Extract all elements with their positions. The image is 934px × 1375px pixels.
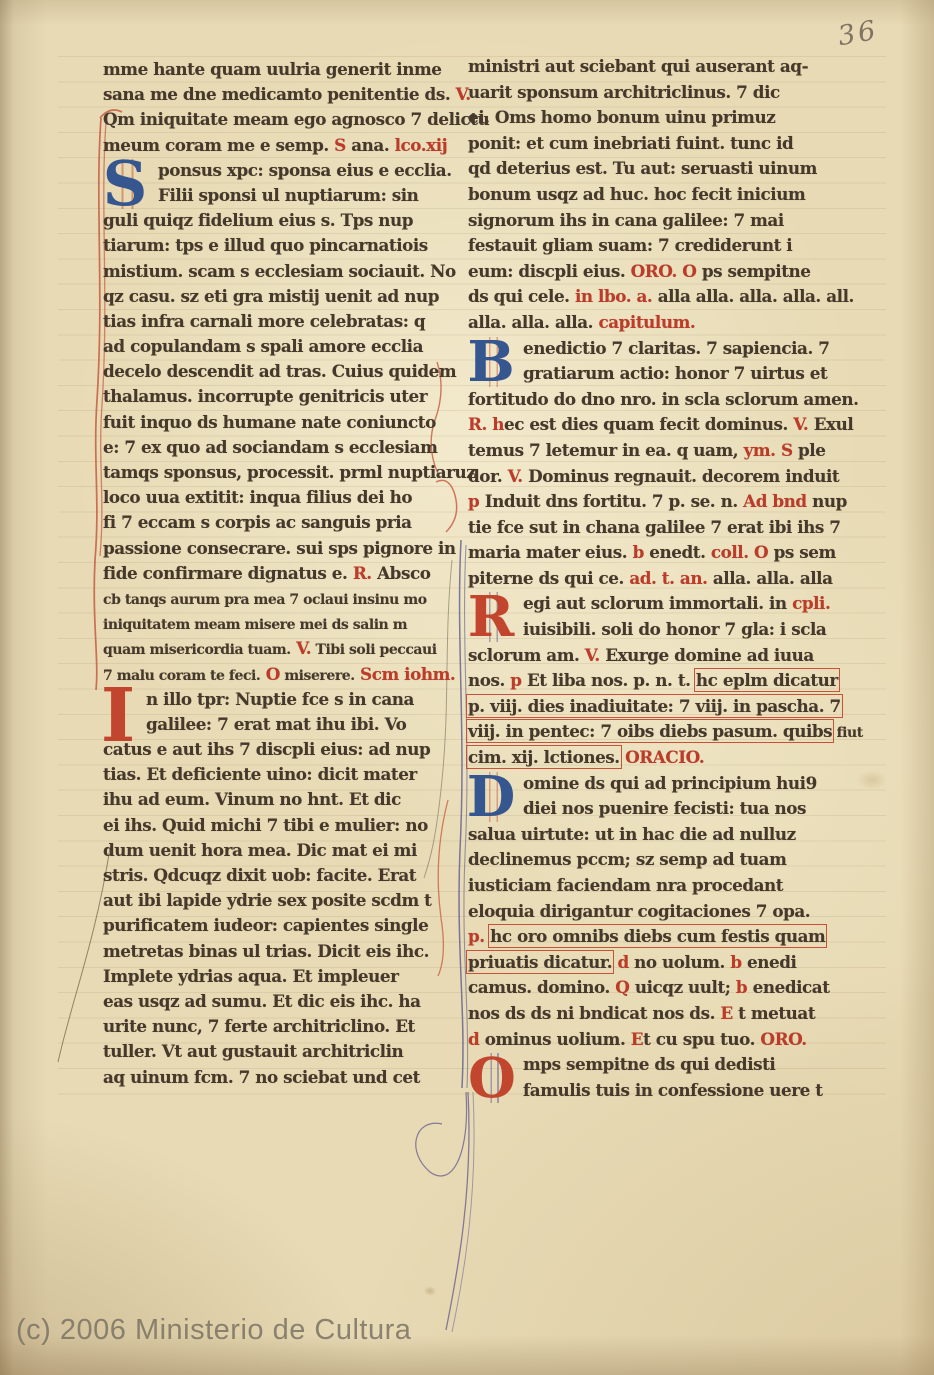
manuscript-line: Qm iniquitate meam ego agnosco 7 delictu xyxy=(103,107,455,132)
text-run: uarit sponsum architriclinus. 7 dic xyxy=(468,82,780,102)
manuscript-line: maria mater eius. b enedt. coll. O ps se… xyxy=(468,540,820,566)
text-run: qz casu. sz eti gra mistij uenit ad nup xyxy=(103,286,439,306)
text-run: Qm iniquitate meam ego agnosco 7 delictu xyxy=(103,109,489,129)
descender-tail xyxy=(446,1092,469,1330)
text-run: tie fce sut in chana galilee 7 erat ibi … xyxy=(468,517,841,537)
manuscript-line: galilee: 7 erat mat ihu ibi. Vo xyxy=(103,712,455,737)
manuscript-line: tias infra carnali more celebratas: q xyxy=(103,309,455,334)
manuscript-line: passione consecrare. sui sps pignore in xyxy=(103,536,455,561)
manuscript-line: tiarum: tps e illud quo pincarnatiois xyxy=(103,233,455,258)
text-run: aq uinum fcm. 7 no sciebat und cet xyxy=(103,1067,420,1087)
text-run: Filii sponsi ul nuptiarum: sin xyxy=(158,185,418,205)
manuscript-line: piterne ds qui ce. ad. t. an. alla. alla… xyxy=(468,566,820,592)
text-run: galilee: 7 erat mat ihu ibi. Vo xyxy=(146,714,406,734)
text-run: ps sempitne xyxy=(696,261,810,281)
text-run: iusticiam faciendam nra procedant xyxy=(468,875,783,895)
text-run: S xyxy=(329,135,346,155)
text-run: bonum usqz ad huc. hoc fecit inicium xyxy=(468,184,805,204)
manuscript-line: priuatis dicatur. d no uolum. b enedi xyxy=(468,950,820,976)
text-run: b xyxy=(627,542,644,562)
manuscript-line: dor. V. Dominus regnauit. decorem induit xyxy=(468,464,820,490)
manuscript-line: guli quiqz fidelium eius s. Tps nup xyxy=(103,208,455,233)
text-run: fuit inquo ds humane nate coniuncto xyxy=(103,412,436,432)
text-run: famulis tuis in confessione uere t xyxy=(523,1080,823,1100)
text-run: R. h xyxy=(468,414,504,434)
manuscript-line: tamqs sponsus, processit. prml nuptiaruz xyxy=(103,460,455,485)
text-run: priuatis dicatur. xyxy=(468,952,612,972)
text-run: camus. domino. xyxy=(468,977,610,997)
manuscript-line: p. viij. dies inadiuitate: 7 viij. in pa… xyxy=(468,694,820,720)
illuminated-initial-o: O xyxy=(466,1053,518,1103)
manuscript-line: iusticiam faciendam nra procedant xyxy=(468,873,820,899)
text-run: Tibi soli peccaui xyxy=(311,642,437,658)
text-run: metretas binas ul trias. Dicit eis ihc. xyxy=(103,941,429,961)
text-run: ei ihs. Quid michi 7 tibi e mulier: no xyxy=(103,815,428,835)
text-run: fortitudo do dno nro. in scla sclorum am… xyxy=(468,389,859,409)
text-run: ihu ad eum. Vinum no hnt. Et dic xyxy=(103,789,401,809)
text-column-left: mme hante quam uulria generit inmesana m… xyxy=(103,57,455,1090)
text-run: Implete ydrias aqua. Et impleuer xyxy=(103,966,399,986)
text-run: stris. Qdcuqz dixit uob: facite. Erat xyxy=(103,865,416,885)
manuscript-line: nos ds ds ni bndicat nos ds. E t metuat xyxy=(468,1001,820,1027)
manuscript-line: ministri aut sciebant qui auserant aq- xyxy=(468,54,820,80)
manuscript-line: bonum usqz ad huc. hoc fecit inicium xyxy=(468,182,820,208)
text-run: p. xyxy=(468,926,490,946)
text-run: V. xyxy=(291,638,311,658)
text-run: p xyxy=(505,670,522,690)
manuscript-line: fide confirmare dignatus e. R. Absco xyxy=(103,561,455,586)
manuscript-line: iuisibili. soli do honor 7 gla: i scla xyxy=(468,617,820,643)
text-run: ym. S xyxy=(738,440,792,460)
manuscript-line: Implete ydrias aqua. Et impleuer xyxy=(103,964,455,989)
text-run: ei. Oms homo bonum uinu primuz xyxy=(468,107,775,127)
text-run: ds qui cele. xyxy=(468,286,570,306)
text-run: uicqz uult; xyxy=(629,977,730,997)
text-run: ps sem xyxy=(768,542,836,562)
text-run: lco.xij xyxy=(389,135,447,155)
text-run: nos ds ds ni bndicat nos ds. xyxy=(468,1003,715,1023)
manuscript-line: stris. Qdcuqz dixit uob: facite. Erat xyxy=(103,863,455,888)
text-run: Exurge domine ad iuua xyxy=(600,645,814,665)
text-run: p. viij. dies inadiuitate: 7 viij. in pa… xyxy=(468,696,841,716)
text-run: gratiarum actio: honor 7 uirtus et xyxy=(523,363,827,383)
text-run: ad copulandam s spali amore ecclia xyxy=(103,336,423,356)
manuscript-line: aut ibi lapide ydrie sex posite scdm t xyxy=(103,888,455,913)
text-run: t metuat xyxy=(733,1003,815,1023)
text-run: miserere. xyxy=(280,668,355,684)
text-run: Induit dns fortitu. 7 p. se. n. xyxy=(485,491,738,511)
text-run: ORO. xyxy=(755,1029,807,1049)
manuscript-line: cb tanqs aurum pra mea 7 oclaui insinu m… xyxy=(103,586,455,611)
manuscript-line: ponit: et cum inebriati fuint. tunc id xyxy=(468,131,820,157)
text-run: egi aut sclorum immortali. in xyxy=(523,593,787,613)
text-run: ana. xyxy=(346,135,389,155)
text-run: e: 7 ex quo ad sociandam s ecclesiam xyxy=(103,437,437,457)
text-run: mme hante quam uulria generit inme xyxy=(103,59,442,79)
text-run: eas usqz ad sumu. Et dic eis ihc. ha xyxy=(103,991,421,1011)
text-run: enedi xyxy=(742,952,797,972)
manuscript-line: mps sempitne ds qui dedisti xyxy=(468,1052,820,1078)
illuminated-initial-d: D xyxy=(464,772,518,822)
text-run: aut ibi lapide ydrie sex posite scdm t xyxy=(103,890,431,910)
manuscript-line: 7 malu coram te feci. O miserere. Scm io… xyxy=(103,662,455,687)
text-run: ponsus xpc: sponsa eius e ecclia. xyxy=(158,160,452,180)
text-run: hc oro omnibs diebs cum festis quam xyxy=(490,926,825,946)
text-run: Exul xyxy=(808,414,853,434)
text-run: ORACIO. xyxy=(620,747,705,767)
manuscript-line: quam misericordia tuam. V. Tibi soli pec… xyxy=(103,636,455,661)
manuscript-line: meum coram me e semp. S ana. lco.xij xyxy=(103,133,455,158)
manuscript-line: signorum ihs in cana galilee: 7 mai xyxy=(468,208,820,234)
text-run: V. xyxy=(579,645,599,665)
manuscript-line: uarit sponsum architriclinus. 7 dic xyxy=(468,80,820,106)
manuscript-line: declinemus pccm; sz semp ad tuam xyxy=(468,847,820,873)
text-run: sana me dne medicamto penitentie ds. xyxy=(103,84,450,104)
folio-number: 36 xyxy=(835,15,880,53)
text-run: in lbo. a. xyxy=(570,286,653,306)
manuscript-line: famulis tuis in confessione uere t xyxy=(468,1078,820,1104)
manuscript-line: R. hec est dies quam fecit dominus. V. E… xyxy=(468,412,820,438)
text-run: maria mater eius. xyxy=(468,542,627,562)
text-run: enedictio 7 claritas. 7 sapiencia. 7 xyxy=(523,338,829,358)
text-run: thalamus. incorrupte genitricis uter xyxy=(103,386,427,406)
manuscript-line: qz casu. sz eti gra mistij uenit ad nup xyxy=(103,284,455,309)
text-run: Ad bnd xyxy=(738,491,807,511)
manuscript-line: metretas binas ul trias. Dicit eis ihc. xyxy=(103,939,455,964)
illuminated-initial-s: S xyxy=(97,159,153,209)
text-run: fiut xyxy=(832,725,863,741)
text-run: coll. O xyxy=(705,542,768,562)
text-run: viij. in pentec: 7 oibs diebs pasum. qui… xyxy=(468,721,832,741)
illuminated-initial-r: R xyxy=(464,592,518,642)
illuminated-initial-b: B xyxy=(464,337,518,387)
text-run: passione consecrare. sui sps pignore in xyxy=(103,538,456,558)
text-run: ec est dies quam fecit dominus. xyxy=(504,414,788,434)
manuscript-line: sana me dne medicamto penitentie ds. V. xyxy=(103,82,455,107)
manuscript-line: egi aut sclorum immortali. in cpli. xyxy=(468,591,820,617)
manuscript-line: fuit inquo ds humane nate coniuncto xyxy=(103,410,455,435)
manuscript-line: cim. xij. lctiones. ORACIO. xyxy=(468,745,820,771)
text-run: t cu spu tuo. xyxy=(643,1029,755,1049)
text-run: ponit: et cum inebriati fuint. tunc id xyxy=(468,133,793,153)
text-run: decelo descendit ad tras. Cuius quidem xyxy=(103,361,456,381)
text-run: omine ds qui ad principium hui9 xyxy=(523,773,817,793)
text-run: Et liba nos. p. n. t. xyxy=(522,670,696,690)
manuscript-line: qd deterius est. Tu aut: seruasti uinum xyxy=(468,156,820,182)
text-run: eloquia dirigantur cogitaciones 7 opa. xyxy=(468,901,810,921)
text-run: temus 7 letemur in ea. q uam, xyxy=(468,440,738,460)
text-run: b xyxy=(731,977,748,997)
manuscript-line: ad copulandam s spali amore ecclia xyxy=(103,334,455,359)
text-run: enedicat xyxy=(747,977,829,997)
text-run: cpli. xyxy=(787,593,831,613)
manuscript-line: ihu ad eum. Vinum no hnt. Et dic xyxy=(103,787,455,812)
text-run: dum uenit hora mea. Dic mat ei mi xyxy=(103,840,417,860)
manuscript-line: tias. Et deficiente uino: dicit mater xyxy=(103,762,455,787)
text-run: ple xyxy=(793,440,826,460)
text-run: alla. alla. alla xyxy=(707,568,832,588)
manuscript-line: sclorum am. V. Exurge domine ad iuua xyxy=(468,643,820,669)
text-run: signorum ihs in cana galilee: 7 mai xyxy=(468,210,784,230)
text-run: qd deterius est. Tu aut: seruasti uinum xyxy=(468,158,817,178)
text-run: tamqs sponsus, processit. prml nuptiaruz xyxy=(103,462,475,482)
text-run: tias. Et deficiente uino: dicit mater xyxy=(103,764,417,784)
text-run: ministri aut sciebant qui auserant aq- xyxy=(468,56,808,76)
descender-loop xyxy=(416,1092,467,1176)
copyright-watermark: (c) 2006 Ministerio de Cultura xyxy=(16,1314,411,1347)
text-run: nup xyxy=(807,491,847,511)
illuminated-initial-i: I xyxy=(95,688,141,738)
text-run: catus e aut ihs 7 discpli eius: ad nup xyxy=(103,739,430,759)
manuscript-line: nos. p Et liba nos. p. n. t. hc eplm dic… xyxy=(468,668,820,694)
text-run: d xyxy=(612,952,629,972)
manuscript-line: viij. in pentec: 7 oibs diebs pasum. qui… xyxy=(468,719,820,745)
text-run: alla alla. alla. alla. all. xyxy=(652,286,854,306)
text-run: Q xyxy=(610,977,630,997)
text-run: urite nunc, 7 ferte architriclino. Et xyxy=(103,1016,415,1036)
manuscript-line: omine ds qui ad principium hui9 xyxy=(468,771,820,797)
text-run: V. xyxy=(502,466,522,486)
manuscript-line: p. hc oro omnibs diebs cum festis quam xyxy=(468,924,820,950)
manuscript-line: diei nos puenire fecisti: tua nos xyxy=(468,796,820,822)
text-run: cb tanqs aurum pra mea 7 oclaui insinu m… xyxy=(103,592,427,608)
text-run: E xyxy=(715,1003,733,1023)
manuscript-line: ei ihs. Quid michi 7 tibi e mulier: no xyxy=(103,813,455,838)
text-run: salua uirtute: ut in hac die ad nulluz xyxy=(468,824,796,844)
text-run: fide confirmare dignatus e. xyxy=(103,563,347,583)
text-run: E xyxy=(625,1029,643,1049)
text-run: guli quiqz fidelium eius s. Tps nup xyxy=(103,210,413,230)
text-run: enedt. xyxy=(644,542,706,562)
text-run: tias infra carnali more celebratas: q xyxy=(103,311,425,331)
text-run: R. xyxy=(347,563,371,583)
text-run: Dominus regnauit. decorem induit xyxy=(523,466,839,486)
text-run: ad. t. an. xyxy=(624,568,708,588)
text-run: fi 7 eccam s corpis ac sanguis pria xyxy=(103,512,412,532)
manuscript-line: decelo descendit ad tras. Cuius quidem xyxy=(103,359,455,384)
text-run: ORO. O xyxy=(625,261,696,281)
text-column-right: ministri aut sciebant qui auserant aq-ua… xyxy=(468,54,820,1103)
manuscript-page: 36 mme hante quam uulria generit inmesan… xyxy=(0,0,934,1375)
text-run: diei nos puenire fecisti: tua nos xyxy=(523,798,806,818)
manuscript-line: eum: discpli eius. ORO. O ps sempitne xyxy=(468,259,820,285)
text-run: tuller. Vt aut gustauit architriclin xyxy=(103,1041,403,1061)
manuscript-line: thalamus. incorrupte genitricis uter xyxy=(103,384,455,409)
text-run: n illo tpr: Nuptie fce s in cana xyxy=(146,689,414,709)
text-run: O xyxy=(260,664,280,684)
manuscript-line: loco uua extitit: inqua filius dei ho xyxy=(103,485,455,510)
text-run: Scm iohm. xyxy=(355,664,456,684)
text-run: no uolum. xyxy=(629,952,725,972)
manuscript-line: ponsus xpc: sponsa eius e ecclia. xyxy=(103,158,455,183)
manuscript-line: eloquia dirigantur cogitaciones 7 opa. xyxy=(468,899,820,925)
manuscript-line: e: 7 ex quo ad sociandam s ecclesiam xyxy=(103,435,455,460)
text-run: loco uua extitit: inqua filius dei ho xyxy=(103,487,412,507)
manuscript-line: salua uirtute: ut in hac die ad nulluz xyxy=(468,822,820,848)
manuscript-line: gratiarum actio: honor 7 uirtus et xyxy=(468,361,820,387)
manuscript-line: p Induit dns fortitu. 7 p. se. n. Ad bnd… xyxy=(468,489,820,515)
manuscript-line: iniquitatem meam misere mei ds salin m xyxy=(103,611,455,636)
manuscript-line: tie fce sut in chana galilee 7 erat ibi … xyxy=(468,515,820,541)
text-run: dor. xyxy=(468,466,502,486)
text-run: tiarum: tps e illud quo pincarnatiois xyxy=(103,235,428,255)
manuscript-line: urite nunc, 7 ferte architriclino. Et xyxy=(103,1014,455,1039)
manuscript-line: mme hante quam uulria generit inme xyxy=(103,57,455,82)
text-run: V. xyxy=(788,414,808,434)
manuscript-line: catus e aut ihs 7 discpli eius: ad nup xyxy=(103,737,455,762)
manuscript-line: eas usqz ad sumu. Et dic eis ihc. ha xyxy=(103,989,455,1014)
manuscript-line: temus 7 letemur in ea. q uam, ym. S ple xyxy=(468,438,820,464)
text-run: mistium. scam s ecclesiam sociauit. No xyxy=(103,261,456,281)
manuscript-line: purificatem iudeor: capientes single xyxy=(103,913,455,938)
text-run: p xyxy=(468,491,485,511)
gutter-flourish-blue xyxy=(459,540,463,1088)
manuscript-line: tuller. Vt aut gustauit architriclin xyxy=(103,1039,455,1064)
text-run: Absco xyxy=(372,563,431,583)
text-run: iuisibili. soli do honor 7 gla: i scla xyxy=(523,619,826,639)
manuscript-line: d ominus uolium. Et cu spu tuo. ORO. xyxy=(468,1027,820,1053)
manuscript-line: festauit gliam suam: 7 crediderunt i xyxy=(468,233,820,259)
text-run: iniquitatem meam misere mei ds salin m xyxy=(103,617,407,633)
manuscript-line: alla. alla. alla. capitulum. xyxy=(468,310,820,336)
text-run: declinemus pccm; sz semp ad tuam xyxy=(468,849,786,869)
text-run: festauit gliam suam: 7 crediderunt i xyxy=(468,235,792,255)
text-run: mps sempitne ds qui dedisti xyxy=(523,1054,775,1074)
manuscript-line: ei. Oms homo bonum uinu primuz xyxy=(468,105,820,131)
manuscript-line: fi 7 eccam s corpis ac sanguis pria xyxy=(103,510,455,535)
manuscript-line: camus. domino. Q uicqz uult; b enedicat xyxy=(468,975,820,1001)
manuscript-line: dum uenit hora mea. Dic mat ei mi xyxy=(103,838,455,863)
manuscript-line: fortitudo do dno nro. in scla sclorum am… xyxy=(468,387,820,413)
text-run: quam misericordia tuam. xyxy=(103,642,291,658)
text-run: purificatem iudeor: capientes single xyxy=(103,915,428,935)
text-run: nos. xyxy=(468,670,505,690)
text-run: capitulum. xyxy=(593,312,695,332)
descender-tail-2 xyxy=(452,1092,474,1332)
manuscript-line: Filii sponsi ul nuptiarum: sin xyxy=(103,183,455,208)
manuscript-line: aq uinum fcm. 7 no sciebat und cet xyxy=(103,1065,455,1090)
manuscript-line: n illo tpr: Nuptie fce s in cana xyxy=(103,687,455,712)
manuscript-line: mistium. scam s ecclesiam sociauit. No xyxy=(103,259,455,284)
manuscript-line: enedictio 7 claritas. 7 sapiencia. 7 xyxy=(468,336,820,362)
text-run: eum: discpli eius. xyxy=(468,261,625,281)
text-run: hc eplm dicatur xyxy=(696,670,838,690)
text-run: b xyxy=(725,952,742,972)
manuscript-line: ds qui cele. in lbo. a. alla alla. alla.… xyxy=(468,284,820,310)
